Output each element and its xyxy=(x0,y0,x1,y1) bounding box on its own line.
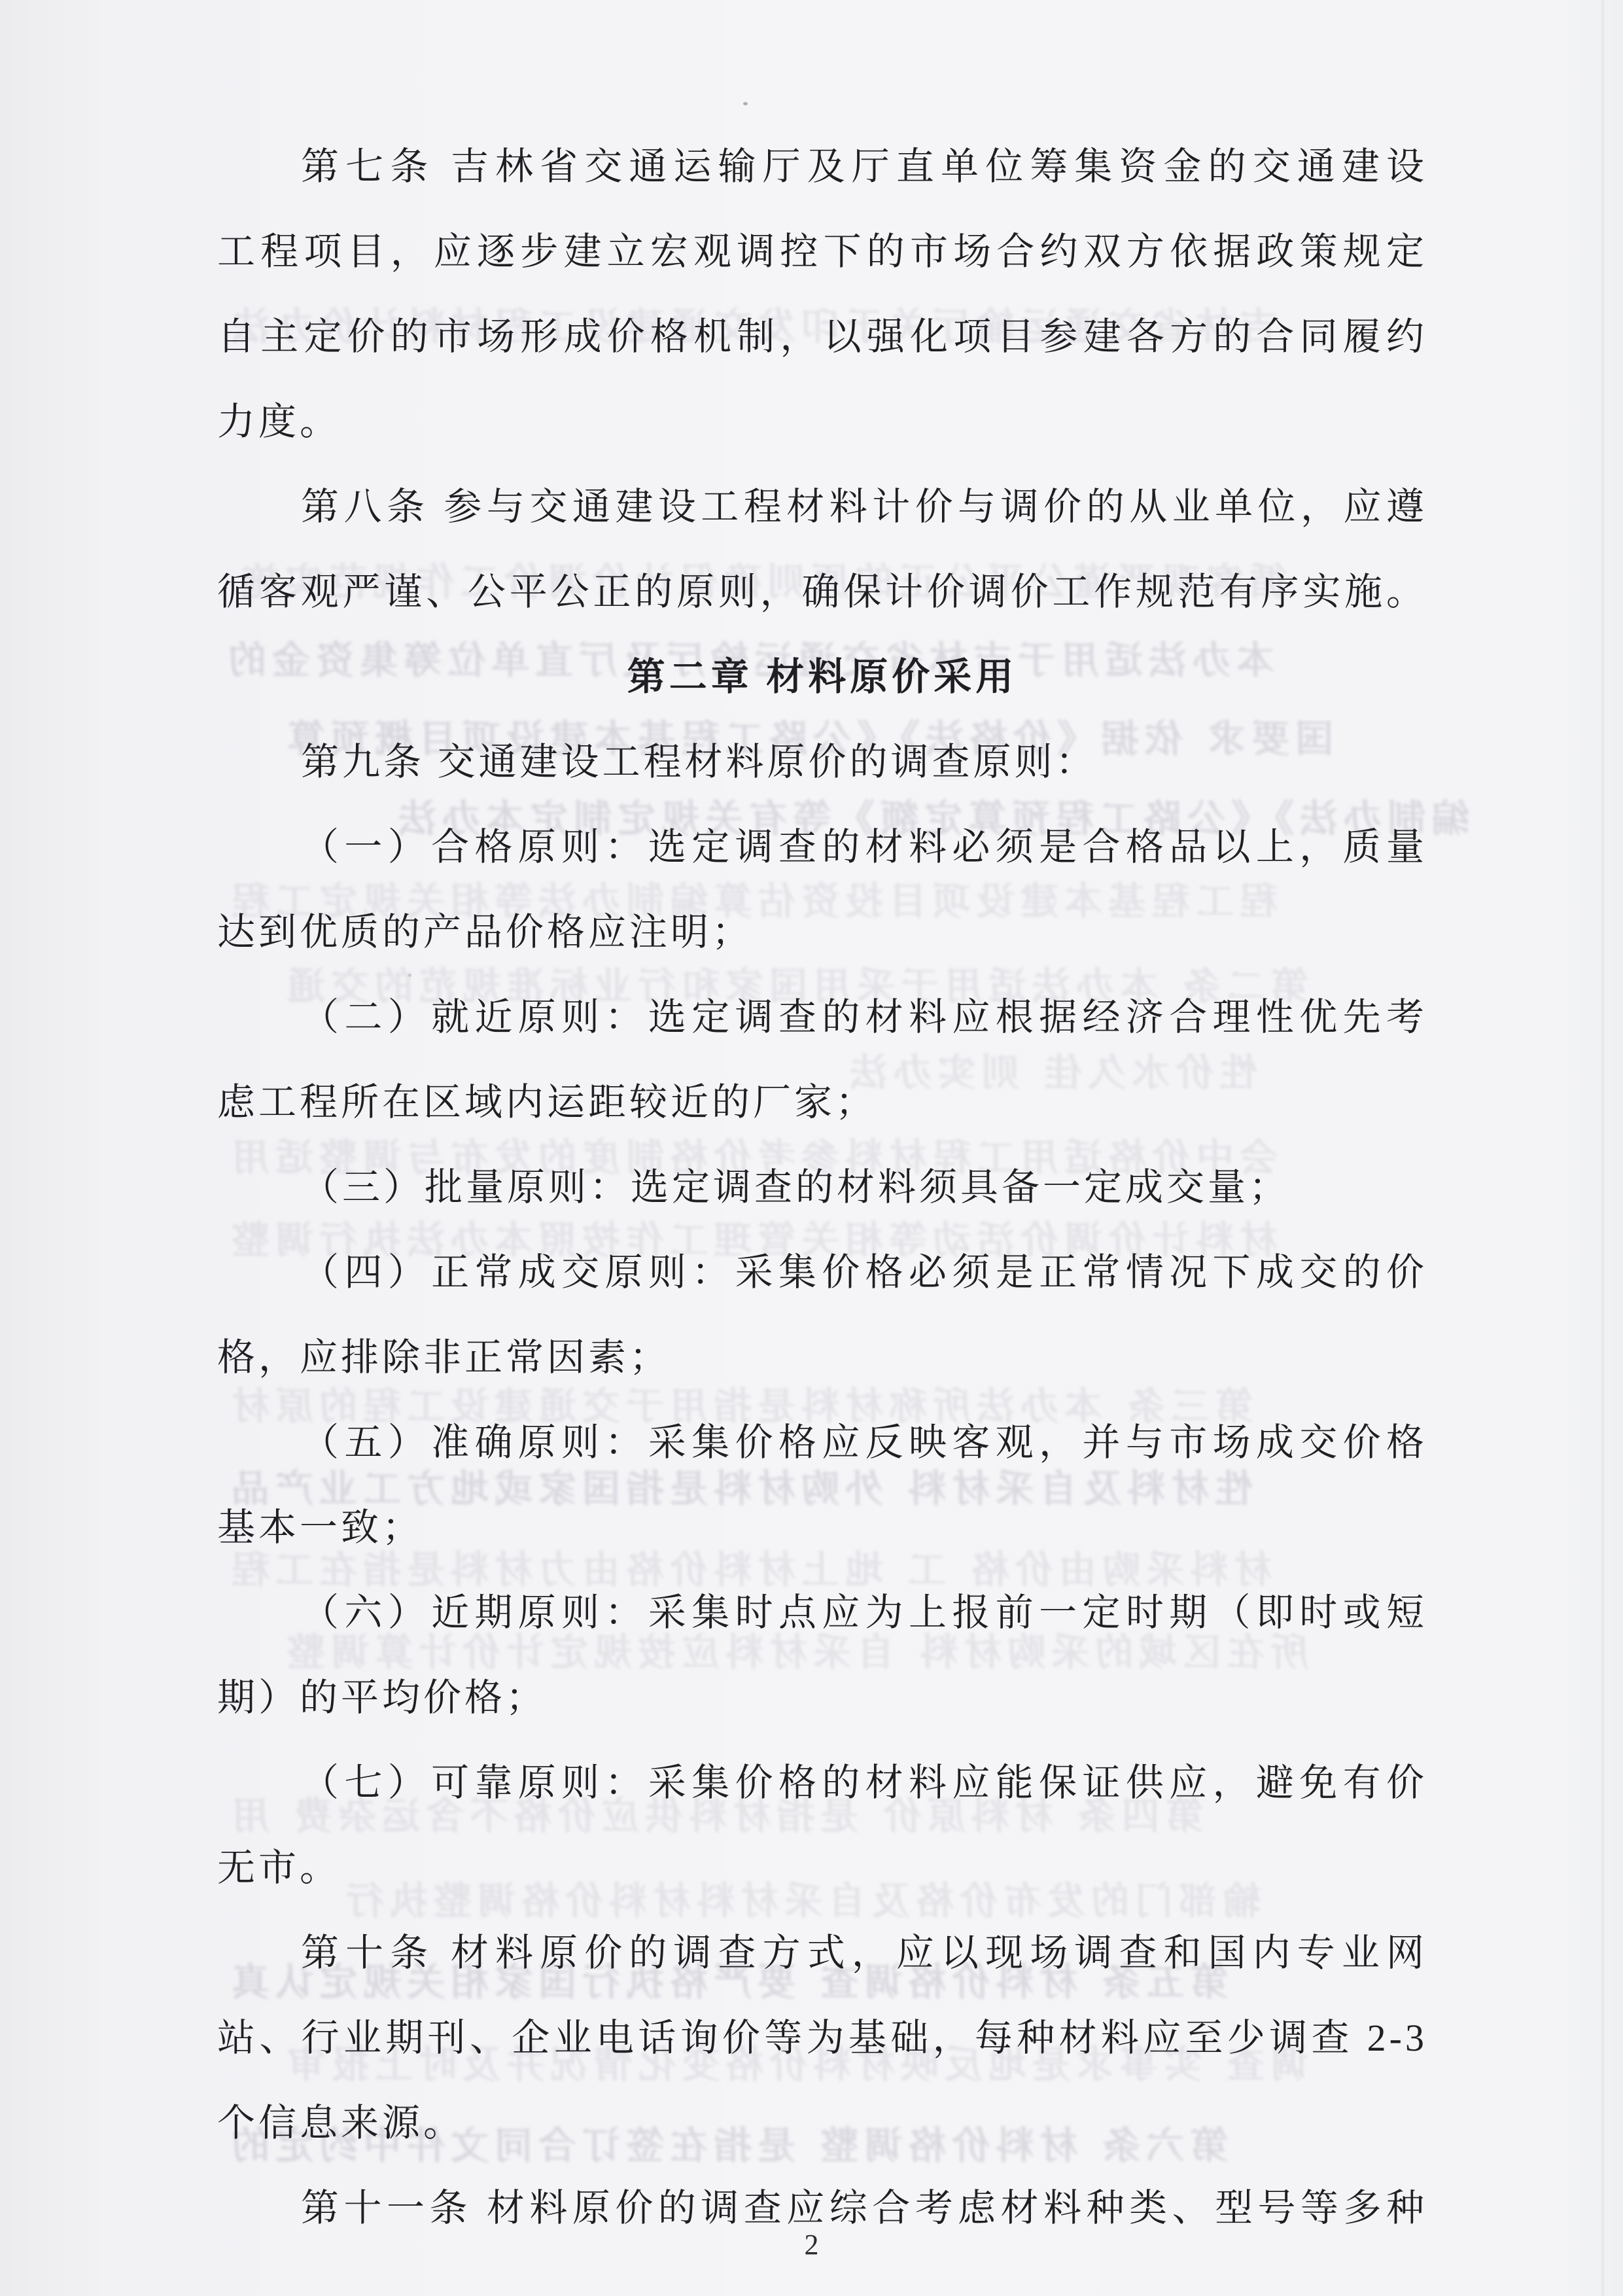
text-line: 期）的平均价格； xyxy=(217,1655,1427,1740)
text-line: 循客观严谨、公平公正的原则，确保计价调价工作规范有序实施。 xyxy=(217,550,1427,635)
text-line: 力度。 xyxy=(217,380,1427,465)
text-line: 站、行业期刊、企业电话询价等为基础，每种材料应至少调查 2-3 xyxy=(217,1996,1427,2081)
text-line: 达到优质的产品价格应注明； xyxy=(217,890,1427,975)
text-line: 格，应排除非正常因素； xyxy=(217,1315,1427,1400)
text-line: 自主定价的市场形成价格机制，以强化项目参建各方的合同履约 xyxy=(217,294,1427,380)
text-line: （六）近期原则：采集时点应为上报前一定时期（即时或短 xyxy=(217,1570,1427,1655)
text-line: （七）可靠原则：采集价格的材料应能保证供应，避免有价 xyxy=(217,1740,1427,1826)
page-number: 2 xyxy=(0,2225,1623,2265)
text-line: 个信息来源。 xyxy=(217,2081,1427,2166)
text-line: 虑工程所在区域内运距较近的厂家； xyxy=(217,1060,1427,1145)
text-line: （三）批量原则：选定调查的材料须具备一定成交量； xyxy=(217,1145,1427,1230)
scan-speck xyxy=(408,974,411,977)
text-line: （二）就近原则：选定调查的材料应根据经济合理性优先考 xyxy=(217,975,1427,1060)
text-line: 第八条 参与交通建设工程材料计价与调价的从业单位，应遵 xyxy=(217,465,1427,550)
text-line: 基本一致； xyxy=(217,1485,1427,1570)
text-line: （五）准确原则：采集价格应反映客观，并与市场成交价格 xyxy=(217,1400,1427,1485)
text-line: 第二章 材料原价采用 xyxy=(217,635,1427,720)
text-line: 第九条 交通建设工程材料原价的调查原则： xyxy=(217,720,1427,805)
text-line: （四）正常成交原则：采集价格必须是正常情况下成交的价 xyxy=(217,1230,1427,1315)
text-line: 第十条 材料原价的调查方式，应以现场调查和国内专业网 xyxy=(217,1911,1427,1996)
document-body: 第七条 吉林省交通运输厅及厅直单位筹集资金的交通建设工程项目，应逐步建立宏观调控… xyxy=(217,124,1427,2251)
document-page: 吉林省交通运输厅关于印发交通建设工程材料计价办法循客观严谨公平公正的原则确保计价… xyxy=(0,0,1623,2296)
text-line: 无市。 xyxy=(217,1826,1427,1911)
text-line: 第七条 吉林省交通运输厅及厅直单位筹集资金的交通建设 xyxy=(217,124,1427,209)
text-line: 工程项目，应逐步建立宏观调控下的市场合约双方依据政策规定 xyxy=(217,209,1427,294)
scan-speck xyxy=(743,102,748,105)
text-line: （一）合格原则：选定调查的材料必须是合格品以上，质量 xyxy=(217,805,1427,890)
